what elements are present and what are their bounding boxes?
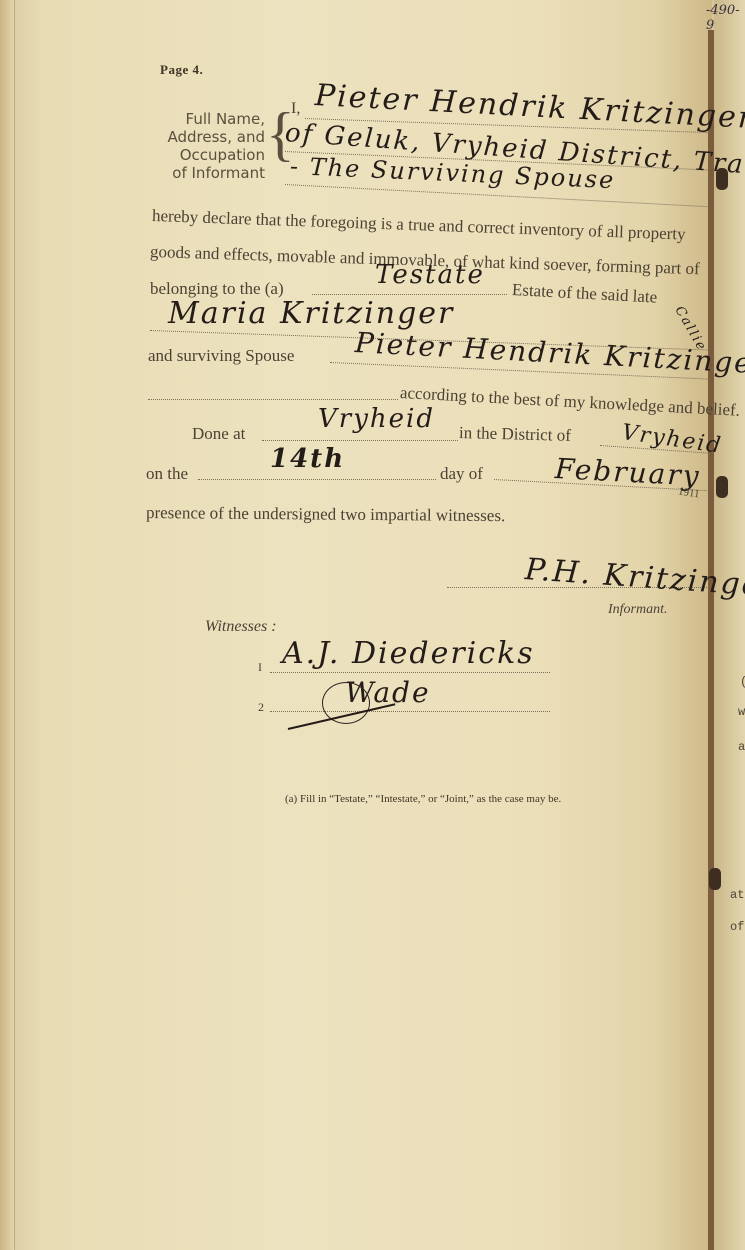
day-of-text: day of <box>440 464 483 484</box>
intro-word: I, <box>291 100 300 118</box>
staple-icon <box>716 476 728 498</box>
done-at-line <box>262 440 458 441</box>
next-page-fragment: w <box>738 705 745 719</box>
deceased-name-field[interactable]: Maria Kritzinger <box>168 296 454 331</box>
informant-labels: Full Name, Address, and Occupation of In… <box>157 110 265 182</box>
next-page-fragment: of <box>730 920 744 934</box>
corner-reference: -490-9 <box>706 3 745 33</box>
presence-text: presence of the undersigned two impartia… <box>146 503 505 526</box>
done-at-field[interactable]: Vryheid <box>318 404 435 434</box>
spouse-prefix: and surviving Spouse <box>148 346 294 366</box>
witness-1-signature[interactable]: A.J. Diedericks <box>282 636 535 671</box>
estate-type-line <box>312 294 507 295</box>
witness-1-number: I <box>258 660 262 675</box>
day-line <box>198 479 436 480</box>
estate-type-field[interactable]: Testate <box>375 260 485 290</box>
footnote: (a) Fill in “Testate,” “Intestate,” or “… <box>285 793 561 805</box>
page-edge <box>0 0 15 1250</box>
next-page-fragment: a <box>738 740 745 754</box>
witness-2-line <box>270 711 550 712</box>
next-page-fragment: at <box>730 888 744 902</box>
day-field[interactable]: 14th <box>270 444 345 474</box>
on-the-prefix: on the <box>146 464 188 484</box>
next-page-fragment: ( <box>740 675 745 689</box>
label-full-name: Full Name, <box>157 110 265 128</box>
book-gutter <box>708 30 714 1250</box>
witnesses-label: Witnesses : <box>205 618 277 636</box>
staple-icon <box>709 868 721 890</box>
label-address: Address, and <box>157 128 265 146</box>
district-prefix: in the District of <box>459 423 571 446</box>
done-at-prefix: Done at <box>192 424 245 444</box>
label-occupation: Occupation <box>157 146 265 164</box>
page-number: Page 4. <box>160 62 203 78</box>
witness-2-number: 2 <box>258 700 264 715</box>
informant-label: Informant. <box>608 602 668 618</box>
witness-1-line <box>270 672 550 673</box>
label-of-informant: of Informant <box>157 164 265 182</box>
according-line <box>148 399 398 400</box>
